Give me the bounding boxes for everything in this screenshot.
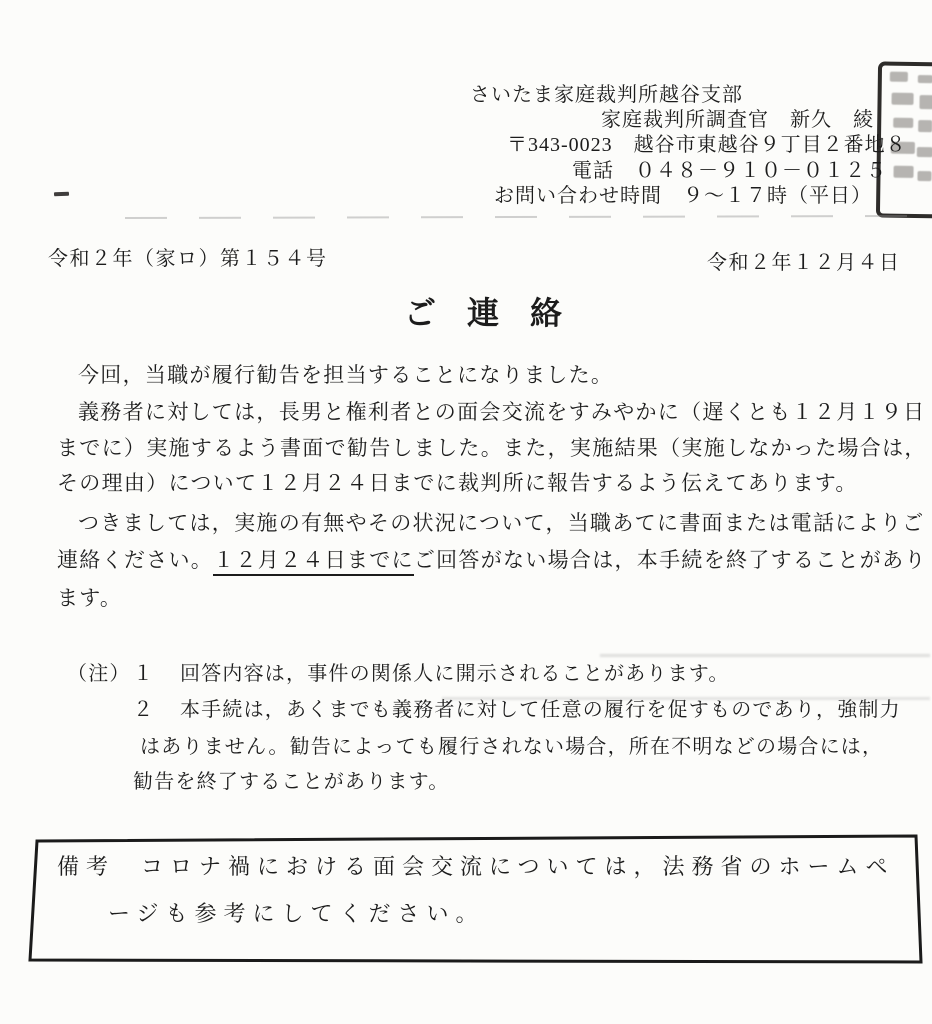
body-paragraph2-line1: 義務者に対しては，長男と権利者との面会交流をすみやかに（遅くとも１２月１９日 [78, 402, 925, 423]
stamp-mark [918, 75, 932, 83]
stamp-mark [917, 171, 931, 181]
body-paragraph3-line1: つきましては，実施の有無やその状況について，当職あてに書面または電話によりご [78, 513, 925, 534]
document-title: ご連絡 [404, 297, 593, 329]
stamp-mark [893, 118, 913, 128]
stamp-mark [893, 166, 913, 178]
note1-number: １ [133, 664, 154, 684]
remarks-line1: コロナ禍における面会交流については，法務省のホームペ [141, 856, 895, 878]
note1-text: 回答内容は，事件の関係人に開示されることがあります。 [180, 664, 730, 684]
body-paragraph2-line3: その理由）について１２月２４日までに裁判所に報告するよう伝えてあります。 [57, 473, 858, 494]
stamp-mark [918, 120, 932, 132]
body-text: ご回答がない場合は，本手続を終了することがあり [414, 548, 927, 572]
scan-artifact-streak [600, 654, 930, 657]
sender-court-name: さいたま家庭裁判所越谷支部 [470, 85, 743, 105]
sender-officer-name: 家庭裁判所調査官 新久 綾 [601, 110, 874, 130]
body-text: 連絡ください。 [57, 548, 213, 572]
scan-artifact-fold-line [125, 215, 930, 219]
remarks-line2: ージも参考にしてください。 [108, 903, 485, 925]
body-paragraph2-line2: までに）実施するよう書面で勧告しました。また，実施結果（実施しなかった場合は， [57, 438, 927, 459]
scan-artifact-streak [442, 697, 930, 700]
stamp-mark [890, 72, 908, 82]
notes-label: （注） [67, 664, 131, 684]
note2-line2: はありません。勧告によっても履行されない場合，所在不明などの場合には， [140, 737, 883, 757]
stamp-mark [917, 147, 932, 157]
body-paragraph3-line2: 連絡ください。１２月２４日までにご回答がない場合は，本手続を終了することがあり [57, 550, 927, 571]
scan-artifact-dash [54, 192, 69, 197]
sender-hours: お問い合わせ時間 ９～１７時（平日） [494, 186, 872, 206]
body-paragraph1-line1: 今回，当職が履行勧告を担当することになりました。 [78, 365, 613, 386]
sender-phone: 電話 ０４８－９１０－０１２５ [572, 161, 887, 181]
scanned-court-letter: さいたま家庭裁判所越谷支部 家庭裁判所調査官 新久 綾 〒343-0023 越谷… [0, 0, 932, 1024]
note2-number: ２ [133, 700, 154, 720]
stamp-mark [891, 93, 913, 105]
remarks-box-border [20, 825, 932, 973]
remarks-label: 備考 [57, 856, 115, 878]
sender-address: 〒343-0023 越谷市東越谷９丁目２番地８ [507, 135, 907, 155]
note2-line3: 勧告を終了することがあります。 [133, 772, 449, 792]
case-number: 令和２年（家ロ）第１５４号 [48, 249, 328, 269]
deadline-underlined-text: １２月２４日までに [213, 548, 414, 576]
stamp-mark [919, 95, 932, 109]
document-date: 令和２年１２月４日 [707, 253, 901, 273]
note2-line1: 本手続は，あくまでも義務者に対して任意の履行を促すものであり，強制力 [180, 700, 901, 720]
body-paragraph3-line3: ます。 [57, 588, 122, 609]
